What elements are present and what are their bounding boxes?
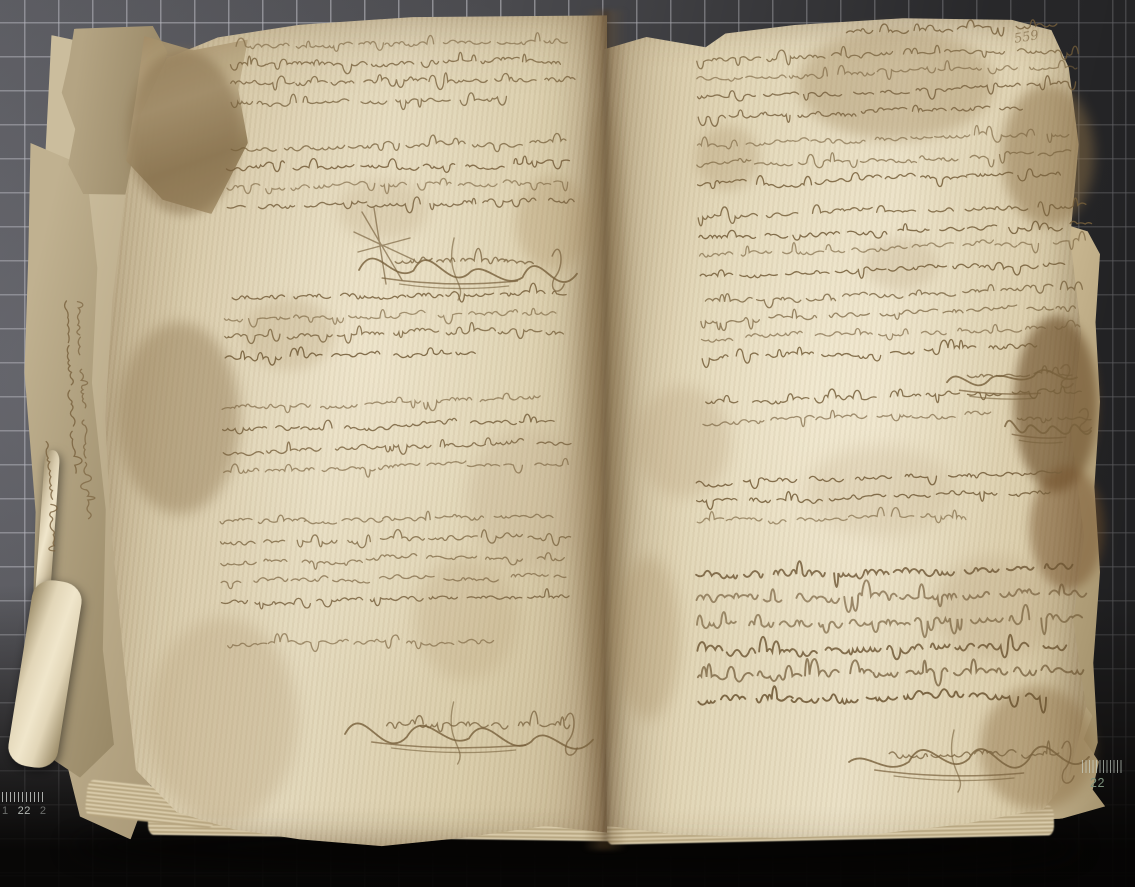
photograph-open-manuscript: 1 22 2 22 559	[0, 0, 1135, 887]
ruler-numerals: 22	[1090, 776, 1134, 790]
ruler-numeral-22: 22	[18, 805, 31, 817]
ruler-tick-marks	[2, 792, 46, 802]
mat-ruler-bottom-left: 1 22 2	[2, 792, 68, 830]
book-gutter-shadow	[583, 10, 627, 850]
ruler-numeral-partial: 2	[40, 805, 47, 817]
mat-ruler-bottom-right: 22	[1082, 760, 1134, 806]
ruler-tick-marks	[1082, 760, 1124, 773]
book-cast-shadow	[70, 822, 1080, 872]
ruler-numerals: 1 22 2	[2, 805, 68, 817]
ruler-numeral-partial: 1	[2, 805, 9, 817]
ruler-numeral-22: 22	[1090, 776, 1105, 790]
right-manuscript-page	[597, 8, 1091, 860]
